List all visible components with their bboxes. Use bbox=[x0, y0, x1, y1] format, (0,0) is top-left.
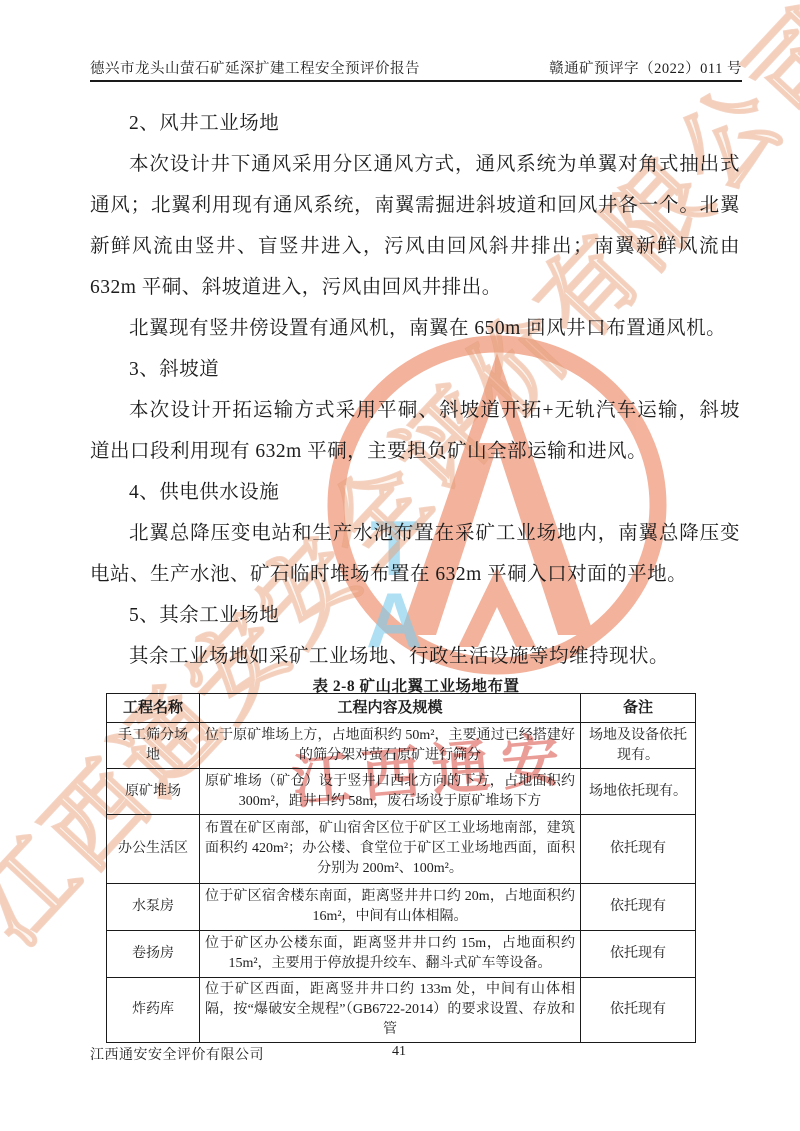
table-cell-content: 位于矿区办公楼东面，距离竖井井口约 15m，占地面积约 15m²，主要用于停放提… bbox=[200, 931, 581, 978]
table-header-row: 工程名称工程内容及规模备注 bbox=[107, 694, 696, 723]
table-cell-content: 位于矿区宿舍楼东南面，距离竖井井口约 20m，占地面积约 16m²，中间有山体相… bbox=[200, 884, 581, 931]
table-column-header: 备注 bbox=[581, 694, 696, 723]
body-line: 其余工业场地如采矿工业场地、行政生活设施等均维持现状。 bbox=[90, 636, 740, 677]
body-line: 道出口段利用现有 632m 平硐，主要担负矿山全部运输和进风。 bbox=[90, 431, 740, 472]
table-cell-remark: 场地依托现有。 bbox=[581, 769, 696, 815]
body-line: 通风；北翼利用现有通风系统，南翼需掘进斜坡道和回风井各一个。北翼 bbox=[90, 185, 740, 226]
table-row: 水泵房位于矿区宿舍楼东南面，距离竖井井口约 20m，占地面积约 16m²，中间有… bbox=[107, 884, 696, 931]
site-layout-table: 工程名称工程内容及规模备注 手工筛分场地位于原矿堆场上方，占地面积约 50m²，… bbox=[106, 693, 696, 1043]
body-text: 2、风井工业场地本次设计井下通风采用分区通风方式，通风系统为单翼对角式抽出式通风… bbox=[90, 103, 740, 677]
body-line: 632m 平硐、斜坡道进入，污风由回风井排出。 bbox=[90, 267, 740, 308]
table-row: 卷扬房位于矿区办公楼东面，距离竖井井口约 15m，占地面积约 15m²，主要用于… bbox=[107, 931, 696, 978]
table-cell-name: 卷扬房 bbox=[107, 931, 200, 978]
header-report-title: 德兴市龙头山萤石矿延深扩建工程安全预评价报告 bbox=[90, 57, 420, 78]
table-cell-remark: 依托现有 bbox=[581, 815, 696, 884]
table-cell-remark: 依托现有 bbox=[581, 884, 696, 931]
table-row: 办公生活区布置在矿区南部，矿山宿舍区位于矿区工业场地南部，建筑面积约 420m²… bbox=[107, 815, 696, 884]
table-cell-name: 办公生活区 bbox=[107, 815, 200, 884]
table-cell-content: 位于矿区西面，距离竖井井口约 133m 处，中间有山体相隔，按“爆破安全规程”（… bbox=[200, 978, 581, 1043]
table-cell-content: 位于原矿堆场上方，占地面积约 50m²，主要通过已经搭建好的筛分架对萤石原矿进行… bbox=[200, 723, 581, 769]
table-cell-name: 炸药库 bbox=[107, 978, 200, 1043]
table-row: 手工筛分场地位于原矿堆场上方，占地面积约 50m²，主要通过已经搭建好的筛分架对… bbox=[107, 723, 696, 769]
table-cell-name: 原矿堆场 bbox=[107, 769, 200, 815]
body-line: 新鲜风流由竖井、盲竖井进入，污风由回风斜井排出；南翼新鲜风流由 bbox=[90, 226, 740, 267]
table-cell-content: 原矿堆场（矿仓）设于竖井口西北方向的下方，占地面积约 300m²，距井口约 58… bbox=[200, 769, 581, 815]
site-table-body: 手工筛分场地位于原矿堆场上方，占地面积约 50m²，主要通过已经搭建好的筛分架对… bbox=[107, 723, 696, 1043]
footer-page-number: 41 bbox=[392, 1044, 406, 1060]
header-document-number: 赣通矿预评字（2022）011 号 bbox=[549, 57, 742, 78]
document-page: TA 江西通安安全评价有限公司 江西通安 德兴市龙头山萤石矿延深扩建工程安全预评… bbox=[0, 0, 800, 1131]
table-cell-remark: 依托现有 bbox=[581, 978, 696, 1043]
body-line: 北翼现有竖井傍设置有通风机，南翼在 650m 回风井口布置通风机。 bbox=[90, 308, 740, 349]
body-line: 3、斜坡道 bbox=[90, 349, 740, 390]
site-table-head: 工程名称工程内容及规模备注 bbox=[107, 694, 696, 723]
body-line: 电站、生产水池、矿石临时堆场布置在 632m 平硐入口对面的平地。 bbox=[90, 554, 740, 595]
header-rule bbox=[90, 80, 742, 82]
body-line: 2、风井工业场地 bbox=[90, 103, 740, 144]
table-cell-name: 水泵房 bbox=[107, 884, 200, 931]
table-column-header: 工程名称 bbox=[107, 694, 200, 723]
body-line: 5、其余工业场地 bbox=[90, 595, 740, 636]
body-line: 4、供电供水设施 bbox=[90, 472, 740, 513]
body-line: 本次设计井下通风采用分区通风方式，通风系统为单翼对角式抽出式 bbox=[90, 144, 740, 185]
body-line: 本次设计开拓运输方式采用平硐、斜坡道开拓+无轨汽车运输，斜坡 bbox=[90, 390, 740, 431]
table-row: 原矿堆场原矿堆场（矿仓）设于竖井口西北方向的下方，占地面积约 300m²，距井口… bbox=[107, 769, 696, 815]
page-header: 德兴市龙头山萤石矿延深扩建工程安全预评价报告 赣通矿预评字（2022）011 号 bbox=[90, 56, 742, 78]
footer-company-name: 江西通安安全评价有限公司 bbox=[90, 1044, 264, 1064]
table-cell-content: 布置在矿区南部，矿山宿舍区位于矿区工业场地南部，建筑面积约 420m²；办公楼、… bbox=[200, 815, 581, 884]
body-line: 北翼总降压变电站和生产水池布置在采矿工业场地内，南翼总降压变 bbox=[90, 513, 740, 554]
table-column-header: 工程内容及规模 bbox=[200, 694, 581, 723]
table-row: 炸药库位于矿区西面，距离竖井井口约 133m 处，中间有山体相隔，按“爆破安全规… bbox=[107, 978, 696, 1043]
table-cell-remark: 场地及设备依托现有。 bbox=[581, 723, 696, 769]
table-cell-remark: 依托现有 bbox=[581, 931, 696, 978]
table-cell-name: 手工筛分场地 bbox=[107, 723, 200, 769]
